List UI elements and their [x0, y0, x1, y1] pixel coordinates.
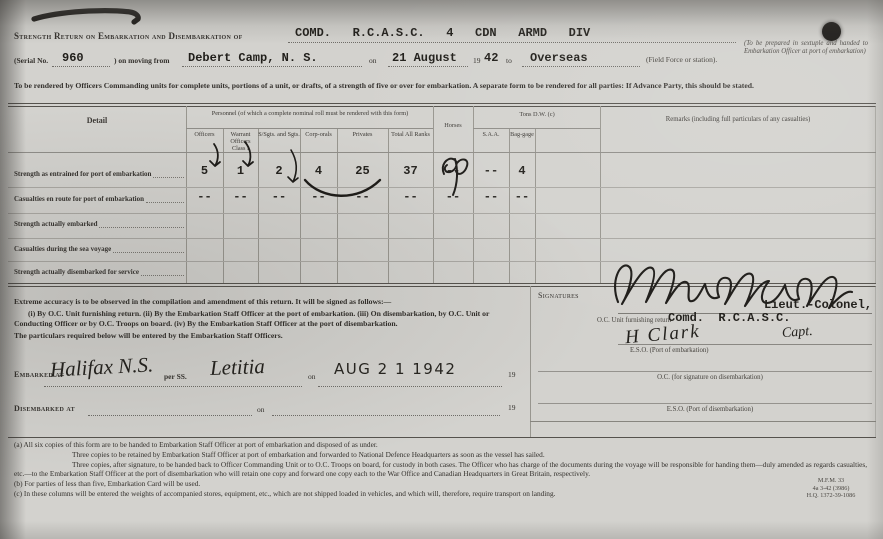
date-value: 21 August: [392, 52, 457, 65]
embarked-year-prefix: 19: [508, 370, 516, 379]
underline-sweep: [300, 172, 385, 204]
form-print-line3: H.Q. 1372-39-1086: [790, 492, 872, 500]
per-ss-label: per SS.: [164, 372, 187, 381]
disembarked-rule: [88, 414, 252, 416]
col-total: Total All Ranks: [388, 131, 433, 152]
check-arrow-1: [206, 142, 224, 172]
sextuple-note: (To be prepared in sextuple and handed t…: [744, 40, 868, 56]
cell: --: [473, 165, 509, 178]
personnel-header: Personnel (of which a complete nominal r…: [190, 110, 430, 117]
horses-cell-scribble: [438, 152, 474, 198]
form-title: Strength Return on Embarkation and Disem…: [14, 31, 243, 41]
form-print-line2: 4a 3-42 (3986): [790, 485, 872, 493]
form-print-number: M.F.M. 33 4a 3-42 (3986) H.Q. 1372-39-10…: [790, 477, 872, 500]
moving-from-label: ) on moving from: [114, 56, 170, 65]
unit-name-typed: COMD. R.C.A.S.C. 4 CDN ARMD DIV: [295, 27, 590, 40]
row-label: Casualties en route for port of embarkat…: [14, 195, 144, 204]
footnotes-block: (a) All six copies of this form are to b…: [14, 440, 870, 499]
disembarked-at-label: Disembarked at: [14, 404, 75, 413]
note-a1: (a) All six copies of this form are to b…: [14, 440, 870, 449]
to-label: to: [506, 56, 512, 65]
row-label: Strength as entrained for port of embark…: [14, 170, 151, 179]
instruction-1: Extreme accuracy is to be observed in th…: [14, 297, 520, 307]
note-a3: Three copies, after signature, to be han…: [14, 460, 870, 479]
detail-header: Detail: [8, 116, 186, 125]
destination-value: Overseas: [530, 52, 588, 65]
cell: --: [388, 191, 433, 204]
embarked-on-label: on: [308, 372, 316, 381]
horses-header: Horses: [433, 122, 473, 129]
ship-name-handwritten: Letitia: [210, 354, 266, 381]
note-b: (b) For parties of less than five, Embar…: [14, 479, 870, 488]
table-row: Casualties during the sea voyage: [14, 243, 184, 254]
cell: --: [186, 191, 223, 204]
pen-stroke-top-left: [30, 6, 140, 24]
oc-disembark-caption: O.C. (for signature on disembarkation): [560, 374, 860, 381]
embarked-rule: [44, 385, 302, 387]
row-label: Strength actually embarked: [14, 220, 97, 229]
cell: --: [509, 191, 535, 204]
embarked-rule2: [318, 385, 502, 387]
remarks-header: Remarks (including full particulars of a…: [604, 116, 872, 124]
oc-unit-caption: O.C. Unit furnishing return: [597, 317, 671, 324]
moving-from-rule: [182, 65, 362, 67]
embarked-place-handwritten: Halifax N.S.: [49, 352, 153, 382]
title-rule: [288, 41, 736, 43]
instruction-3: The particulars required below will be e…: [14, 331, 520, 341]
note-a2: Three copies to be retained by Embarkati…: [72, 450, 870, 459]
serial-number: 960: [62, 52, 84, 65]
cell: 4: [509, 165, 535, 178]
col-baggage: Bag-gage: [509, 131, 535, 152]
disembarked-year-prefix: 19: [508, 403, 516, 412]
on-label: on: [369, 56, 377, 65]
instructions-block: Extreme accuracy is to be observed in th…: [14, 297, 520, 343]
year-value: 42: [484, 52, 498, 65]
col-saa: S.A.A.: [473, 131, 509, 152]
eso-rank-handwritten: Capt.: [781, 324, 813, 342]
table-row: Strength as entrained for port of embark…: [14, 168, 184, 179]
render-note: To be rendered by Officers Commanding un…: [14, 81, 870, 91]
hole-punch: [822, 22, 841, 41]
cell: --: [258, 191, 300, 204]
form-print-line1: M.F.M. 33: [790, 477, 872, 485]
col-corporals: Corp-orals: [300, 131, 337, 152]
table-row: Strength actually disembarked for servic…: [14, 266, 184, 277]
col-privates: Privates: [337, 131, 388, 152]
row-label: Strength actually disembarked for servic…: [14, 268, 139, 277]
serial-rule: [52, 65, 110, 67]
note-c: (c) In these columns will be entered the…: [14, 489, 870, 498]
cell: --: [473, 191, 509, 204]
signatures-label: Signatures: [538, 291, 579, 300]
date-stamp: AUG 2 1 1942: [334, 361, 456, 377]
field-force-note: (Field Force or station).: [646, 55, 717, 64]
cell: 37: [388, 165, 433, 178]
eso-embark-caption: E.S.O. (Port of embarkation): [630, 347, 709, 354]
tons-header: Tons D.W. (c): [498, 111, 576, 118]
destination-rule: [522, 65, 640, 67]
moving-from-value: Debert Camp, N. S.: [188, 52, 318, 65]
disembarked-rule2: [272, 414, 500, 416]
table-row: Strength actually embarked: [14, 218, 184, 229]
serial-label: (Serial No.: [14, 56, 48, 65]
check-arrow-2: [239, 140, 257, 172]
row-label: Casualties during the sea voyage: [14, 245, 111, 254]
eso-disembark-caption: E.S.O. (Port of disembarkation): [560, 406, 860, 413]
year-prefix: 19: [473, 56, 481, 65]
scanned-form: Strength Return on Embarkation and Disem…: [0, 0, 883, 539]
cell: --: [223, 191, 258, 204]
date-rule: [388, 65, 468, 67]
col-horses-spacer: [433, 131, 473, 152]
disembarked-on-label: on: [257, 405, 265, 414]
instruction-2: (i) By O.C. Unit furnishing return. (ii)…: [14, 309, 520, 329]
table-row: Casualties en route for port of embarkat…: [14, 193, 184, 204]
